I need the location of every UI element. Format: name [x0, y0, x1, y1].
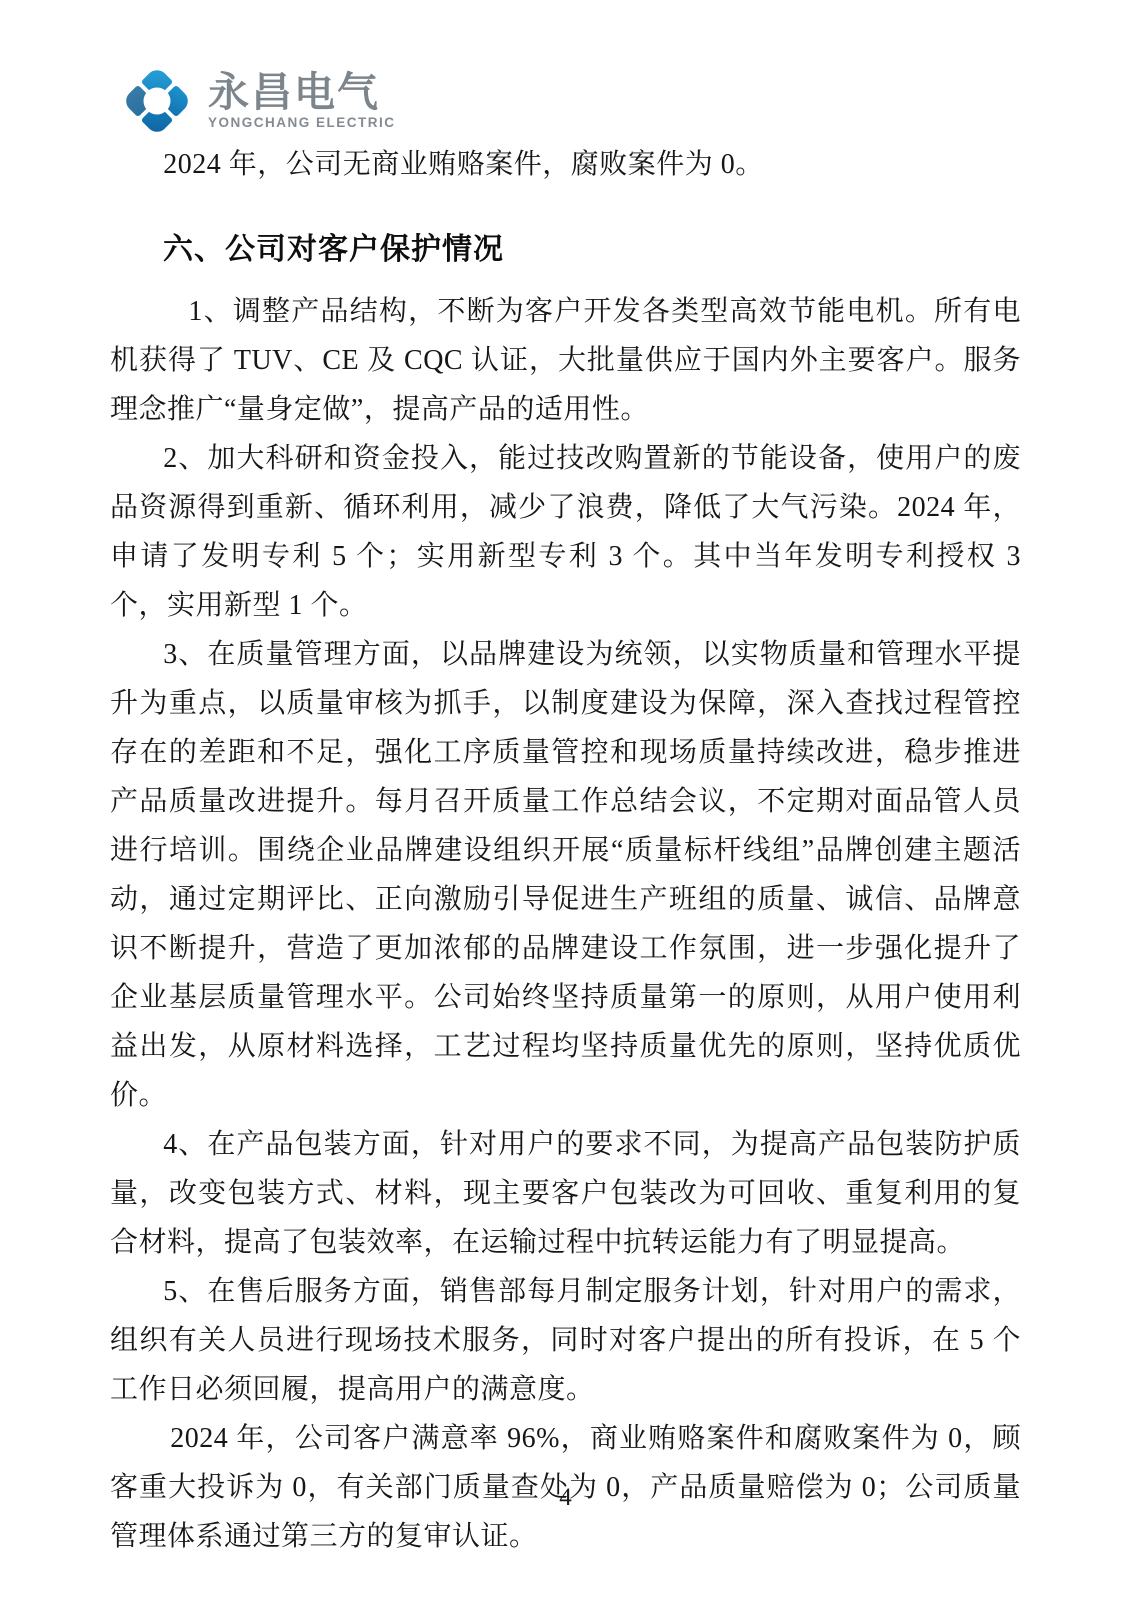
- company-logo-icon: [116, 60, 198, 142]
- page-number: 4: [559, 1484, 572, 1511]
- section-heading: 六、公司对客户保护情况: [110, 229, 1021, 271]
- document-body: 2024 年，公司无商业贿赂案件，腐败案件为 0。 六、公司对客户保护情况 1、…: [110, 140, 1021, 1561]
- logo-text: 永昌电气 YONGCHANG ELECTRIC: [208, 72, 396, 130]
- document-page: 永昌电气 YONGCHANG ELECTRIC 2024 年，公司无商业贿赂案件…: [0, 0, 1131, 1600]
- company-logo: 永昌电气 YONGCHANG ELECTRIC: [116, 60, 396, 142]
- paragraph-1: 1、调整产品结构，不断为客户开发各类型高效节能电机。所有电机获得了 TUV、CE…: [110, 287, 1021, 434]
- logo-company-name-en: YONGCHANG ELECTRIC: [208, 116, 396, 130]
- paragraph-5: 5、在售后服务方面，销售部每月制定服务计划，针对用户的需求，组织有关人员进行现场…: [110, 1267, 1021, 1414]
- paragraph-2: 2、加大科研和资金投入，能过技改购置新的节能设备，使用户的废品资源得到重新、循环…: [110, 434, 1021, 630]
- paragraph-3: 3、在质量管理方面，以品牌建设为统领，以实物质量和管理水平提升为重点，以质量审核…: [110, 630, 1021, 1120]
- logo-company-name-zh: 永昌电气: [208, 72, 396, 113]
- intro-paragraph: 2024 年，公司无商业贿赂案件，腐败案件为 0。: [110, 140, 1021, 189]
- page-footer: 4: [0, 1484, 1131, 1512]
- paragraph-4: 4、在产品包装方面，针对用户的要求不同，为提高产品包装防护质量，改变包装方式、材…: [110, 1120, 1021, 1267]
- logo-center-circle: [144, 88, 171, 115]
